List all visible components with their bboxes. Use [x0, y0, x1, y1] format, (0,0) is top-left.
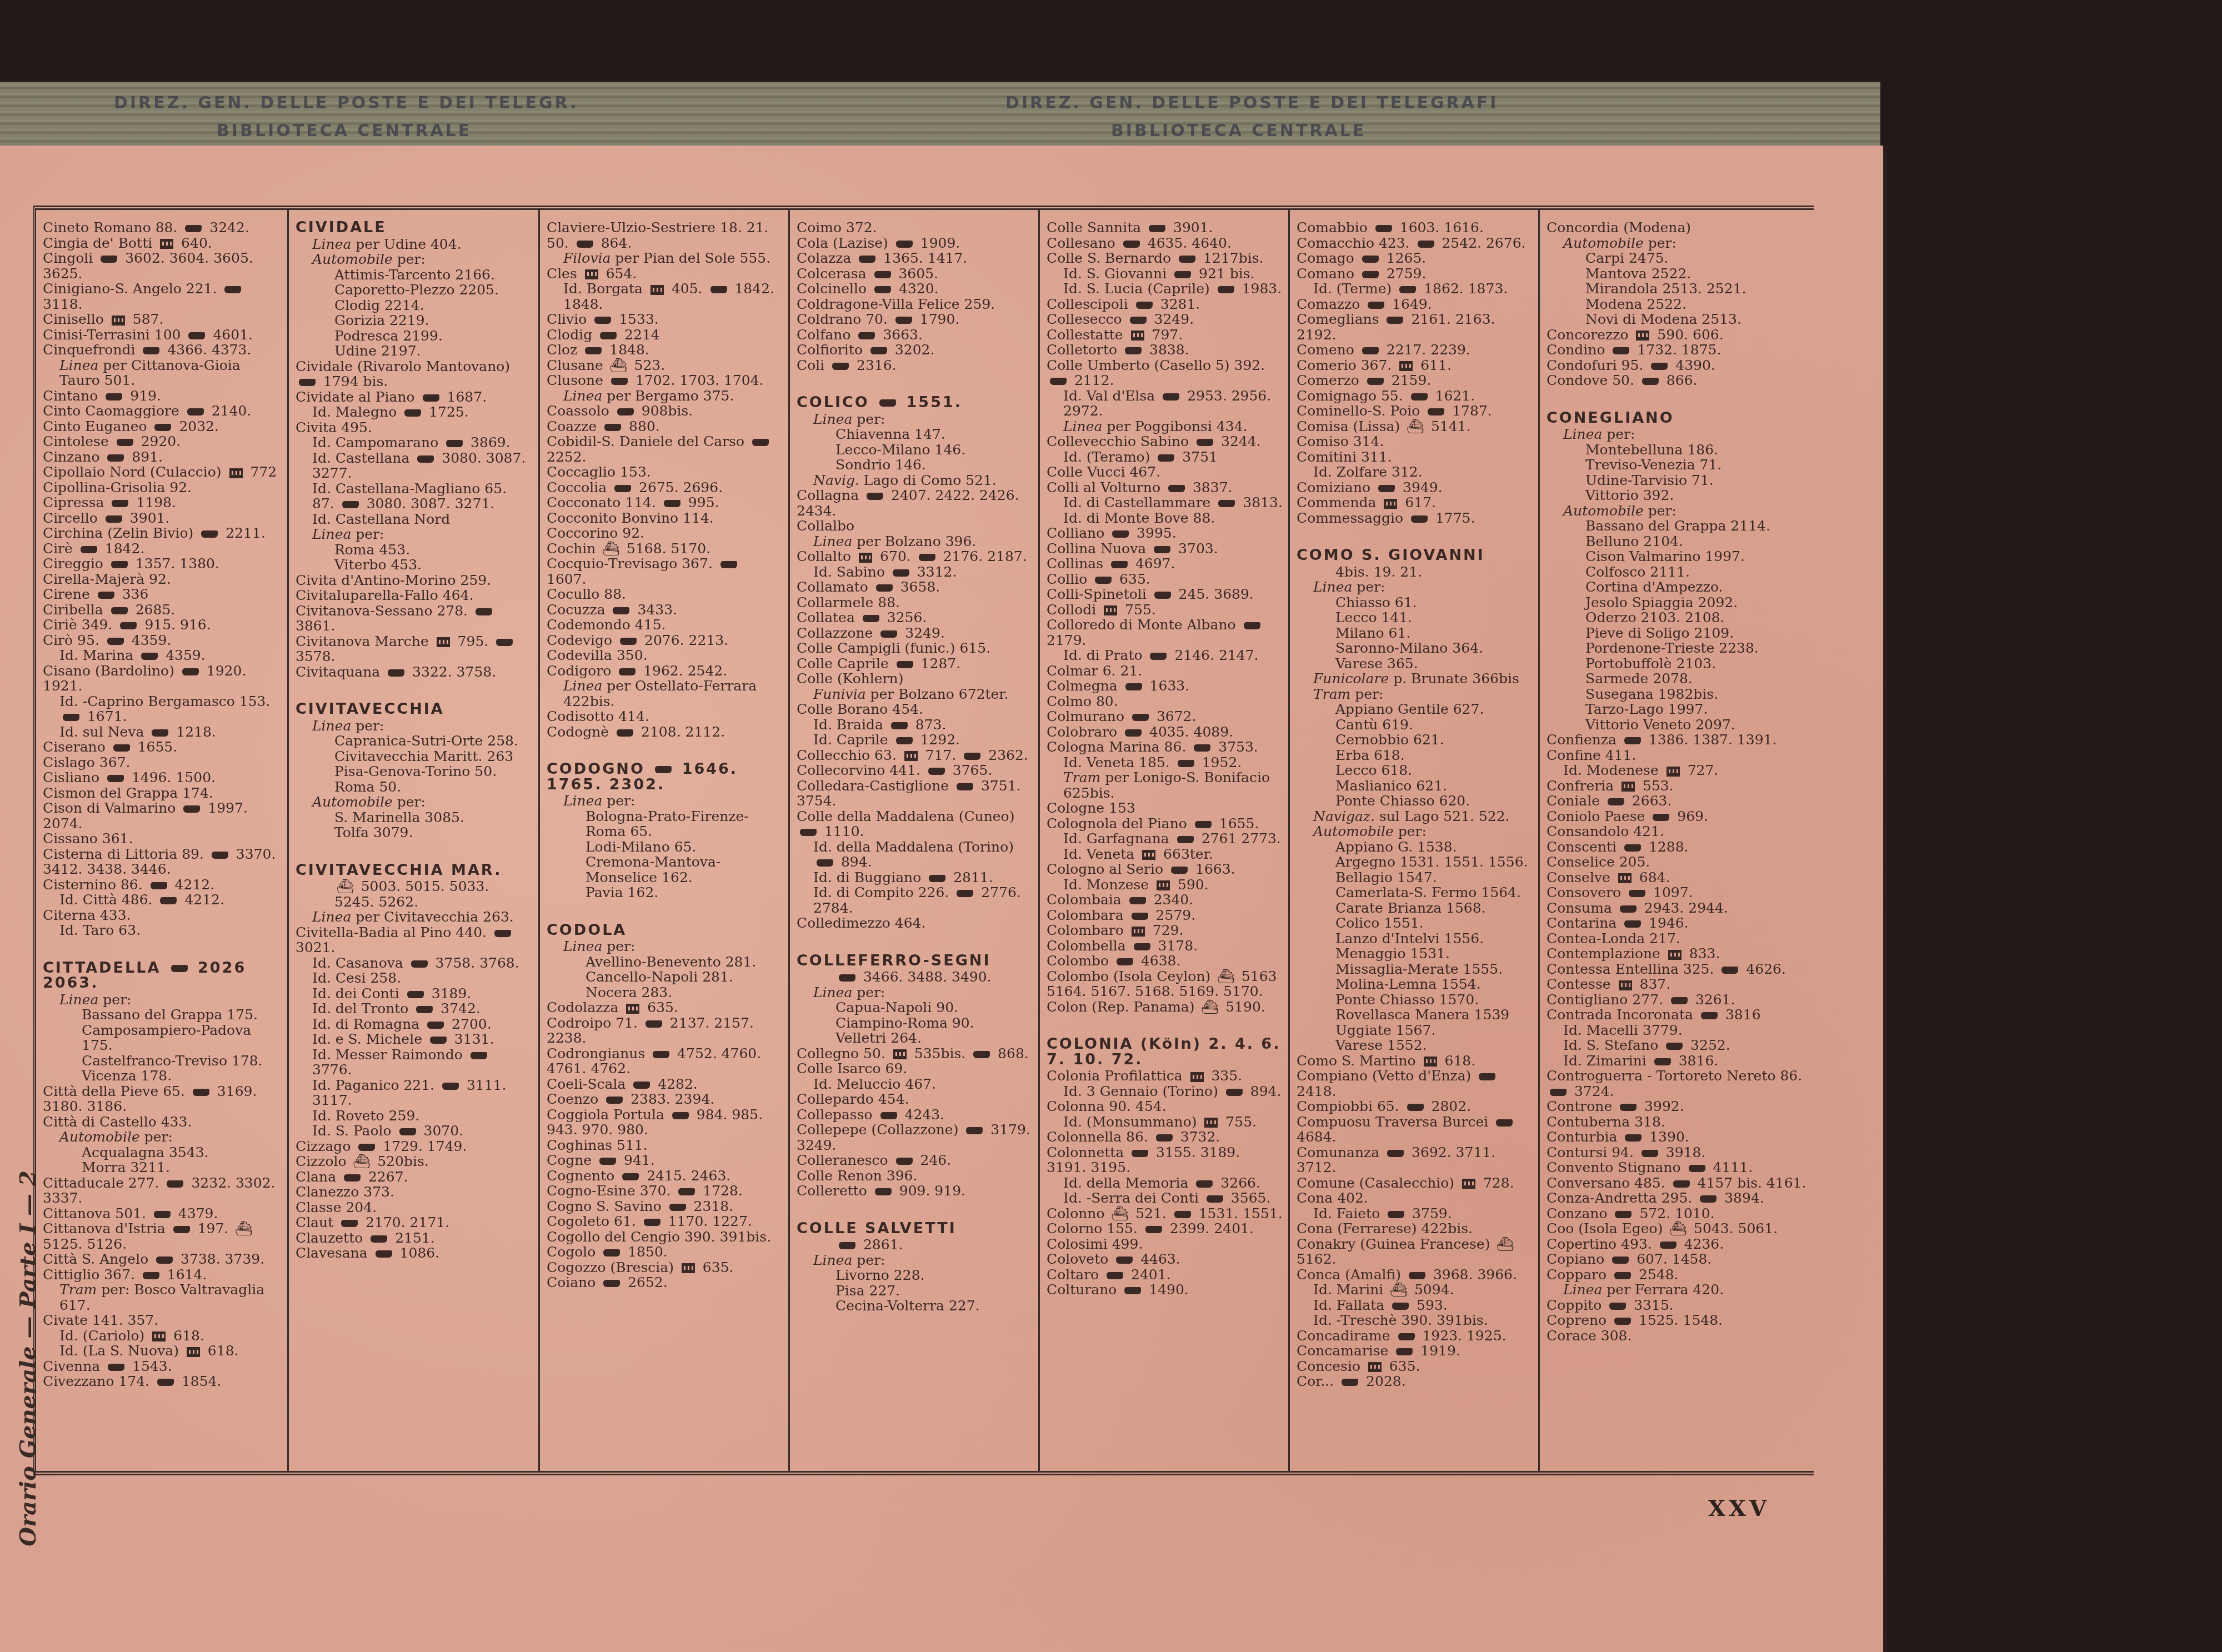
bus-icon [863, 487, 887, 503]
index-entry: Id. di Buggiano 2811. [797, 870, 1033, 885]
index-entry: Avellino-Benevento 281. [547, 954, 783, 970]
index-entry: Cobidil-S. Daniele del Carso 2252. [547, 434, 783, 464]
index-entry: Codemondo 415. [547, 617, 783, 633]
index-entry: 5003. 5015. 5033. 5245. 5262. [296, 879, 533, 909]
bus-icon [1625, 884, 1649, 900]
bus-icon [1617, 1098, 1640, 1114]
bus-icon [1122, 724, 1145, 740]
index-entry: Cinzano 891. [43, 449, 282, 465]
index-entry: Città S. Angelo 3738. 3739. [43, 1251, 282, 1267]
bus-icon [1638, 1144, 1662, 1160]
index-entry: Cittanova d'Istria 197. 5125. 5126. [43, 1221, 282, 1251]
index-entry: 3466. 3488. 3490. [797, 969, 1033, 985]
bus-icon [855, 250, 879, 266]
index-entry: Civitella-Badia al Pino 440. 3021. [296, 925, 533, 955]
index-entry: Funivia per Bolzano 672ter. [797, 687, 1033, 702]
index-entry: Colombara 2579. [1047, 908, 1283, 923]
bus-icon [660, 494, 684, 510]
tram-icon [1633, 327, 1653, 343]
index-entry: Codroipo 71. 2137. 2157. 2238. [547, 1015, 783, 1046]
bus-icon [596, 1152, 619, 1168]
bus-icon [1142, 1220, 1165, 1237]
index-entry: Cocconito Bonvino 114. [547, 510, 783, 526]
bus-icon [649, 1045, 673, 1062]
index-entry: Colmegna 1633. [1047, 678, 1283, 694]
bus-icon [915, 548, 939, 564]
index-entry: Collescipoli 3281. [1047, 297, 1283, 312]
index-entry: Contessa Entellina 325. 4626. [1547, 962, 1808, 977]
bus-icon [871, 281, 894, 297]
index-entry: Coassolo 908bis. [547, 403, 783, 419]
tram-icon [855, 548, 875, 564]
tram-icon [157, 235, 177, 251]
ship-icon [1215, 968, 1237, 984]
index-entry: Condino 1732. 1875. [1547, 342, 1808, 358]
station-heading: CIVIDALE [296, 220, 533, 236]
index-entry: Clanezzo 373. [296, 1184, 533, 1200]
index-entry: Citerna 433. [43, 908, 282, 923]
bus-icon [873, 579, 896, 595]
bus-icon [813, 854, 837, 870]
index-entry: Id. Sabino 3312. [797, 564, 1033, 580]
index-entry: Colmar 6. 21. [1047, 663, 1283, 679]
index-entry: Id. 3 Gennaio (Torino) 894. [1047, 1084, 1283, 1099]
index-entry: Comerzo 2159. [1297, 373, 1533, 388]
index-entry: Cogolo 1850. [547, 1244, 783, 1260]
index-entry: Saronno-Milano 364. [1297, 640, 1533, 656]
bus-icon [1414, 235, 1438, 251]
index-entry: Tram per: Bosco Valtravaglia 617. [43, 1282, 282, 1313]
index-entry: Id. Campomarano 3869. [296, 435, 533, 450]
bus-icon [925, 869, 949, 885]
index-entry: Id. S. Lucia (Caprile) 1983. [1047, 281, 1283, 297]
bus-icon [1133, 296, 1156, 312]
bus-icon [1604, 793, 1628, 809]
index-entry: Cinisi-Terrasini 100 4601. [43, 327, 282, 343]
index-entry: Cona (Ferrarese) 422bis. [1297, 1221, 1533, 1237]
bus-icon [652, 760, 675, 778]
bus-icon [876, 394, 899, 411]
index-entry: Id. Zimarini 3816. [1547, 1053, 1808, 1069]
index-entry: Cochin 5168. 5170. [547, 541, 783, 557]
bus-icon [829, 357, 852, 373]
bus-icon [180, 800, 203, 816]
index-column-5: Colle Sannita 3901.Collesano 4635. 4640.… [1040, 210, 1290, 1471]
index-entry: Contesse 837. [1547, 977, 1808, 992]
index-entry: Coccolia 2675. 2696. [547, 480, 783, 495]
bus-icon [138, 647, 161, 663]
bus-icon [1109, 525, 1132, 541]
bus-icon [1405, 1266, 1429, 1283]
bus-icon [1108, 555, 1131, 572]
index-entry: Cividate al Piano 1687. [296, 389, 533, 405]
index-entry: Clana 2267. [296, 1169, 533, 1185]
index-entry: Erba 618. [1297, 748, 1533, 763]
bus-icon [77, 540, 101, 557]
index-entry: Colmurano 3672. [1047, 709, 1283, 724]
index-entry: Vittorio Veneto 2097. [1547, 717, 1808, 733]
bus-icon [108, 555, 131, 572]
bus-icon [147, 877, 171, 893]
index-entry: Ciriè 349. 915. 916. [43, 617, 282, 633]
bus-icon [427, 1031, 450, 1047]
bus-icon [148, 724, 172, 740]
bus-icon [367, 1230, 391, 1246]
index-entry: Jesolo Spiaggia 2092. [1547, 595, 1808, 610]
station-heading: COLLE SALVETTI [797, 1221, 1033, 1237]
index-entry: Cividale (Rivarolo Mantovano) 1794 bis. [296, 359, 533, 389]
tram-icon [149, 1328, 169, 1344]
index-entry: Portobuffolè 2103. [1547, 656, 1808, 672]
index-entry: Cocquio-Trevisago 367. 1607. [547, 556, 783, 587]
index-entry: 2861. [797, 1237, 1033, 1253]
bus-icon [1639, 372, 1662, 388]
index-entry: Lecco-Milano 146. [797, 442, 1033, 458]
index-entry: Cogollo del Cengio 390. 391bis. [547, 1229, 783, 1245]
index-entry: Codognè 2108. 2112. [547, 724, 783, 740]
index-entry: Copreno 1525. 1548. [1547, 1313, 1808, 1328]
index-entry: Colombaia 2340. [1047, 892, 1283, 908]
index-entry: Id. Messer Raimondo 3776. [296, 1047, 533, 1078]
bus-icon [1192, 815, 1215, 832]
index-entry: Attimis-Tarcento 2166. [296, 267, 533, 283]
index-entry: Cola (Lazise) 1909. [797, 236, 1033, 251]
index-entry: Civenna 1543. [43, 1359, 282, 1374]
index-entry: Conca (Amalfi) 3968. 3966. [1297, 1267, 1533, 1283]
index-entry: Colle (Kohlern) [797, 671, 1033, 687]
index-entry: Roma 453. [296, 542, 533, 558]
ship-icon [1404, 418, 1427, 434]
index-entry: Mirandola 2513. 2521. [1547, 281, 1808, 297]
bus-icon [1622, 1129, 1645, 1145]
index-entry: Id. Garfagnana 2761 2773. [1047, 831, 1283, 847]
bus-icon [573, 235, 597, 251]
index-entry: Id. Veneta 185. 1952. [1047, 755, 1283, 770]
bus-icon [893, 655, 917, 672]
index-entry: Cislago 367. [43, 755, 282, 770]
index-entry: Comano 2759. [1297, 266, 1533, 282]
bus-icon [1153, 1129, 1176, 1145]
index-entry: Collalto 670. 2176. 2187. [797, 549, 1033, 564]
tram-icon [1153, 877, 1173, 893]
index-entry: Cogno S. Savino 2318. [547, 1199, 783, 1214]
bus-icon [170, 1220, 193, 1237]
bus-icon [1168, 861, 1191, 877]
bus-icon [1375, 479, 1398, 495]
bus-icon [892, 311, 915, 327]
bus-icon [1223, 1083, 1246, 1099]
index-entry: Coldragone-Villa Felice 259. [797, 297, 1033, 312]
ship-icon [1388, 1281, 1410, 1298]
index-entry: Coniolo Paese 969. [1547, 809, 1808, 824]
index-entry: Compuosu Traversa Burcei 4684. [1297, 1114, 1533, 1145]
index-entry: Id. Castellana-Magliano 65. 87. 3080. 30… [296, 481, 533, 512]
index-entry: Linea per: [797, 1253, 1033, 1268]
index-entry: Collatea 3256. [797, 610, 1033, 625]
bus-icon [1240, 617, 1264, 633]
bus-icon [597, 327, 620, 343]
index-entry: Livorno 228. [797, 1268, 1033, 1283]
index-entry: Id. di Castellammare 3813. [1047, 495, 1283, 510]
bus-icon [108, 602, 131, 618]
bus-icon [707, 281, 730, 297]
bus-icon [1150, 540, 1174, 557]
bus-icon [104, 632, 127, 648]
index-entry: Gorizia 2219. [296, 313, 533, 328]
index-entry: Collina Nuova 3703. [1047, 541, 1283, 557]
index-entry: Cissano 361. [43, 831, 282, 847]
bus-icon [1372, 219, 1395, 236]
index-entry: Colon (Rep. Panama) 5190. [1047, 999, 1283, 1015]
index-entry: Chiavenna 147. [797, 427, 1033, 442]
index-entry: Linea per Civitavecchia 263. [296, 909, 533, 925]
tram-icon [183, 1343, 203, 1359]
bus-icon [1113, 953, 1137, 969]
index-entry: 4bis. 19. 21. [1297, 564, 1533, 580]
index-entry: Confine 411. [1547, 748, 1808, 763]
bus-icon [338, 1214, 361, 1230]
tram-icon [226, 464, 246, 480]
index-entry: Pisa-Genova-Torino 50. [296, 764, 533, 779]
index-entry: Coltaro 2401. [1047, 1267, 1283, 1283]
index-entry: Cison di Valmarino 1997. 2074. [43, 800, 282, 831]
index-entry: Clusone 1702. 1703. 1704. [547, 373, 783, 388]
bus-icon [872, 1183, 895, 1199]
bus-icon [1359, 342, 1382, 358]
index-entry: Linea per: [547, 939, 783, 954]
bus-icon [871, 266, 894, 282]
bus-icon [1609, 1251, 1632, 1267]
index-entry: Rovellasca Manera 1539 [1297, 1007, 1533, 1023]
index-entry: Clauzetto 2151. [296, 1230, 533, 1246]
index-entry: Colico 1551. [1297, 915, 1533, 931]
index-column-7: Concordia (Modena)Automobile per:Carpi 2… [1540, 210, 1814, 1471]
index-entry: Id. Zolfare 312. [1297, 464, 1533, 480]
index-entry: Cinquefrondi 4366. 4373. [43, 342, 282, 358]
index-entry: Coenzo 2383. 2394. [547, 1092, 783, 1107]
index-entry: Coli 2316. [797, 358, 1033, 373]
index-entry: Collamato 3658. [797, 579, 1033, 595]
bus-icon [1127, 311, 1150, 327]
bus-icon [1670, 1175, 1693, 1191]
index-entry: Cittanova 501. 4379. [43, 1206, 282, 1222]
bus-icon [600, 1274, 623, 1290]
bus-icon [630, 1076, 653, 1092]
index-entry: Automobile per: [1547, 236, 1808, 251]
tram-icon [901, 747, 921, 763]
index-entry: Contrada Incoronata 3816 [1547, 1007, 1808, 1023]
index-entry: Concesio 635. [1297, 1359, 1533, 1374]
index-entry: Cologna Marina 86. 3753. [1047, 739, 1283, 755]
index-entry: Collesano 4635. 4640. [1047, 236, 1283, 251]
index-entry: Id. -Serra dei Conti 3565. [1047, 1190, 1283, 1206]
bus-icon [1122, 342, 1145, 358]
index-entry: Contemplazione 833. [1547, 946, 1808, 962]
library-stamp-left-line2: BIBLIOTECA CENTRALE [217, 121, 472, 141]
index-entry: Sarmede 2078. [1547, 671, 1808, 687]
index-entry: Coiano 2652. [547, 1275, 783, 1290]
ship-icon [351, 1153, 373, 1169]
index-entry: Cipressa 1198. [43, 495, 282, 510]
bus-icon [404, 985, 427, 1002]
bus-icon [614, 403, 637, 419]
index-entry: Cittiglio 367. 1614. [43, 1267, 282, 1283]
index-entry: Carate Brianza 1568. [1297, 900, 1533, 916]
tram-icon [647, 281, 667, 297]
bus-icon [185, 327, 208, 343]
bus-icon [117, 617, 140, 633]
bus-icon [1103, 1266, 1127, 1283]
index-entry: Coldrano 70. 1790. [797, 312, 1033, 327]
tram-icon [1665, 945, 1685, 962]
bus-icon [1128, 1144, 1152, 1160]
station-heading: COLICO 1551. [797, 395, 1033, 411]
index-entry: Codevigo 2076. 2213. [547, 633, 783, 648]
index-entry: Id. Caprile 1292. [797, 732, 1033, 748]
library-stamp-right-line2: BIBLIOTECA CENTRALE [1111, 121, 1366, 141]
bus-icon [675, 1183, 698, 1199]
bus-icon [208, 846, 232, 862]
bus-icon [970, 1045, 993, 1062]
index-entry: Morra 3211. [43, 1160, 282, 1175]
bus-icon [94, 586, 118, 602]
index-entry: Linea per: [296, 527, 533, 542]
index-entry: Montebelluna 186. [1547, 442, 1808, 458]
index-entry: Colosimi 499. [1047, 1237, 1283, 1252]
index-entry: Consuma 2943. 2944. [1547, 900, 1808, 916]
index-entry: Cernobbio 621. [1297, 732, 1533, 748]
tram-icon [1201, 1114, 1221, 1130]
bus-icon [182, 219, 205, 236]
index-entry: Novi di Modena 2513. [1547, 312, 1808, 327]
index-entry: Copertino 493. 4236. [1547, 1237, 1808, 1252]
bus-icon [1092, 571, 1115, 587]
bus-icon [600, 1244, 623, 1260]
index-entry: Conscenti 1288. [1547, 839, 1808, 855]
index-entry: Ciserano 1655. [43, 739, 282, 755]
index-entry: Id. di Prato 2146. 2147. [1047, 648, 1283, 663]
index-entry: Collalbo [797, 518, 1033, 534]
station-heading: CONEGLIANO [1547, 411, 1808, 426]
bus-icon [139, 1266, 163, 1283]
tram-icon [890, 1045, 910, 1062]
station-heading: COLLEFERRO-SEGNI [797, 953, 1033, 969]
index-entry: Molina-Lemna 1554. [1297, 977, 1533, 992]
index-entry: Cogozzo (Brescia) 635. [547, 1260, 783, 1275]
bus-icon [1611, 1266, 1634, 1283]
bus-icon [184, 403, 207, 419]
bus-icon [859, 609, 883, 625]
index-entry: Clusane 523. [547, 358, 783, 373]
index-entry: Colletorto 3838. [1047, 342, 1283, 358]
index-entry: Contea-Londa 217. [1547, 931, 1808, 947]
bus-icon [1383, 311, 1407, 327]
index-entry: Udine-Tarvisio 71. [1547, 473, 1808, 488]
bus-icon [1389, 1297, 1412, 1313]
index-entry: Vittorio 392. [1547, 488, 1808, 503]
index-entry: Colfano 3663. [797, 327, 1033, 343]
index-entry: Concamarise 1919. [1297, 1343, 1533, 1359]
tram-icon [1663, 762, 1683, 778]
bus-icon [888, 717, 911, 733]
index-entry: Colli-Spinetoli 245. 3689. [1047, 587, 1283, 602]
index-entry: Cizzago 1729. 1749. [296, 1139, 533, 1154]
page-number: XXV [1708, 1495, 1770, 1521]
index-entry: Conzano 572. 1010. [1547, 1206, 1808, 1222]
index-entry: Id. Casanova 3758. 3768. [296, 955, 533, 971]
bus-icon [601, 418, 624, 434]
index-entry: Linea per: [547, 793, 783, 809]
bus-icon [1338, 1373, 1362, 1389]
bus-icon [1393, 1343, 1416, 1359]
bus-icon [591, 311, 614, 327]
index-entry: Contarina 1946. [1547, 915, 1808, 931]
index-entry: Civitaluparella-Fallo 464. [296, 588, 533, 603]
index-entry: Linea per: [1547, 427, 1808, 442]
ship-icon [1667, 1220, 1689, 1237]
index-entry: Id. del Tronto 3742. [296, 1001, 533, 1017]
index-entry: Colonia Profilattica 335. [1047, 1068, 1283, 1084]
index-entry: Id. -Caprino Bergamasco 153. 1671. [43, 694, 282, 724]
index-entry: Carpi 2475. [1547, 251, 1808, 266]
bus-icon [493, 633, 516, 649]
index-column-3: Claviere-Ulzio-Sestriere 18. 21. 50. 864… [540, 210, 790, 1471]
index-entry: Colle Borano 454. [797, 702, 1033, 717]
index-entry: Navigaz. sul Lago 521. 522. [1297, 809, 1533, 824]
index-entry: Colcerasa 3605. [797, 266, 1033, 282]
bus-icon [179, 663, 202, 679]
index-entry: Conturbia 1390. [1547, 1129, 1808, 1145]
index-entry: Colle Umberto (Casello 5) 392. 2112. [1047, 358, 1283, 388]
index-entry: Cortina d'Ampezzo. [1547, 579, 1808, 595]
index-entry: Varese 1552. [1297, 1038, 1533, 1053]
index-entry: Cison Valmarino 1997. [1547, 549, 1808, 564]
index-entry: Cor... 2028. [1297, 1374, 1533, 1389]
tram-icon [582, 266, 602, 282]
index-entry: Codolazza 635. [547, 1000, 783, 1015]
bus-icon [835, 1237, 859, 1253]
index-entry: Comune (Casalecchio) 728. [1297, 1175, 1533, 1191]
bus-icon [1612, 1205, 1635, 1222]
bus-icon [1685, 1159, 1709, 1175]
index-entry: Roma 50. [296, 779, 533, 795]
index-entry: Tram per Lonigo-S. Bonifacio 625bis. [1047, 770, 1283, 800]
index-entry: Udine 2197. [296, 343, 533, 359]
index-entry: Filovia per Pian del Sole 555. [547, 251, 783, 266]
index-frame: Cineto Romano 88. 3242.Cingia de' Botti … [33, 206, 1814, 1475]
index-entry: Bassano del Grappa 2114. [1547, 518, 1808, 534]
index-entry: Comacchio 423. 2542. 2676. [1297, 236, 1533, 251]
index-entry: Civitaquana 3322. 3758. [296, 664, 533, 680]
index-entry: Collinas 4697. [1047, 556, 1283, 572]
index-entry: Coo (Isola Egeo) 5043. 5061. [1547, 1221, 1808, 1237]
index-entry: Confienza 1386. 1387. 1391. [1547, 732, 1808, 748]
bus-icon [1606, 1297, 1629, 1313]
index-entry: Oderzo 2103. 2108. [1547, 610, 1808, 625]
index-entry: Comeno 2217. 2239. [1297, 342, 1533, 358]
index-entry: Conza-Andretta 295. 3894. [1547, 1190, 1808, 1206]
index-entry: Codisotto 414. [547, 709, 783, 724]
index-entry: Linea per Ostellato-Ferrara 422bis. [547, 678, 783, 709]
index-entry: Linea per: [43, 992, 282, 1008]
index-entry: Milano 61. [1297, 625, 1533, 641]
index-entry: Bellagio 1547. [1297, 870, 1533, 885]
index-entry: Colleranesco 246. [797, 1153, 1033, 1168]
index-entry: Coeli-Scala 4282. [547, 1077, 783, 1092]
index-entry: Id. dei Conti 3189. [296, 986, 533, 1002]
bus-icon [953, 778, 977, 794]
index-entry: Cologno al Serio 1663. [1047, 862, 1283, 877]
